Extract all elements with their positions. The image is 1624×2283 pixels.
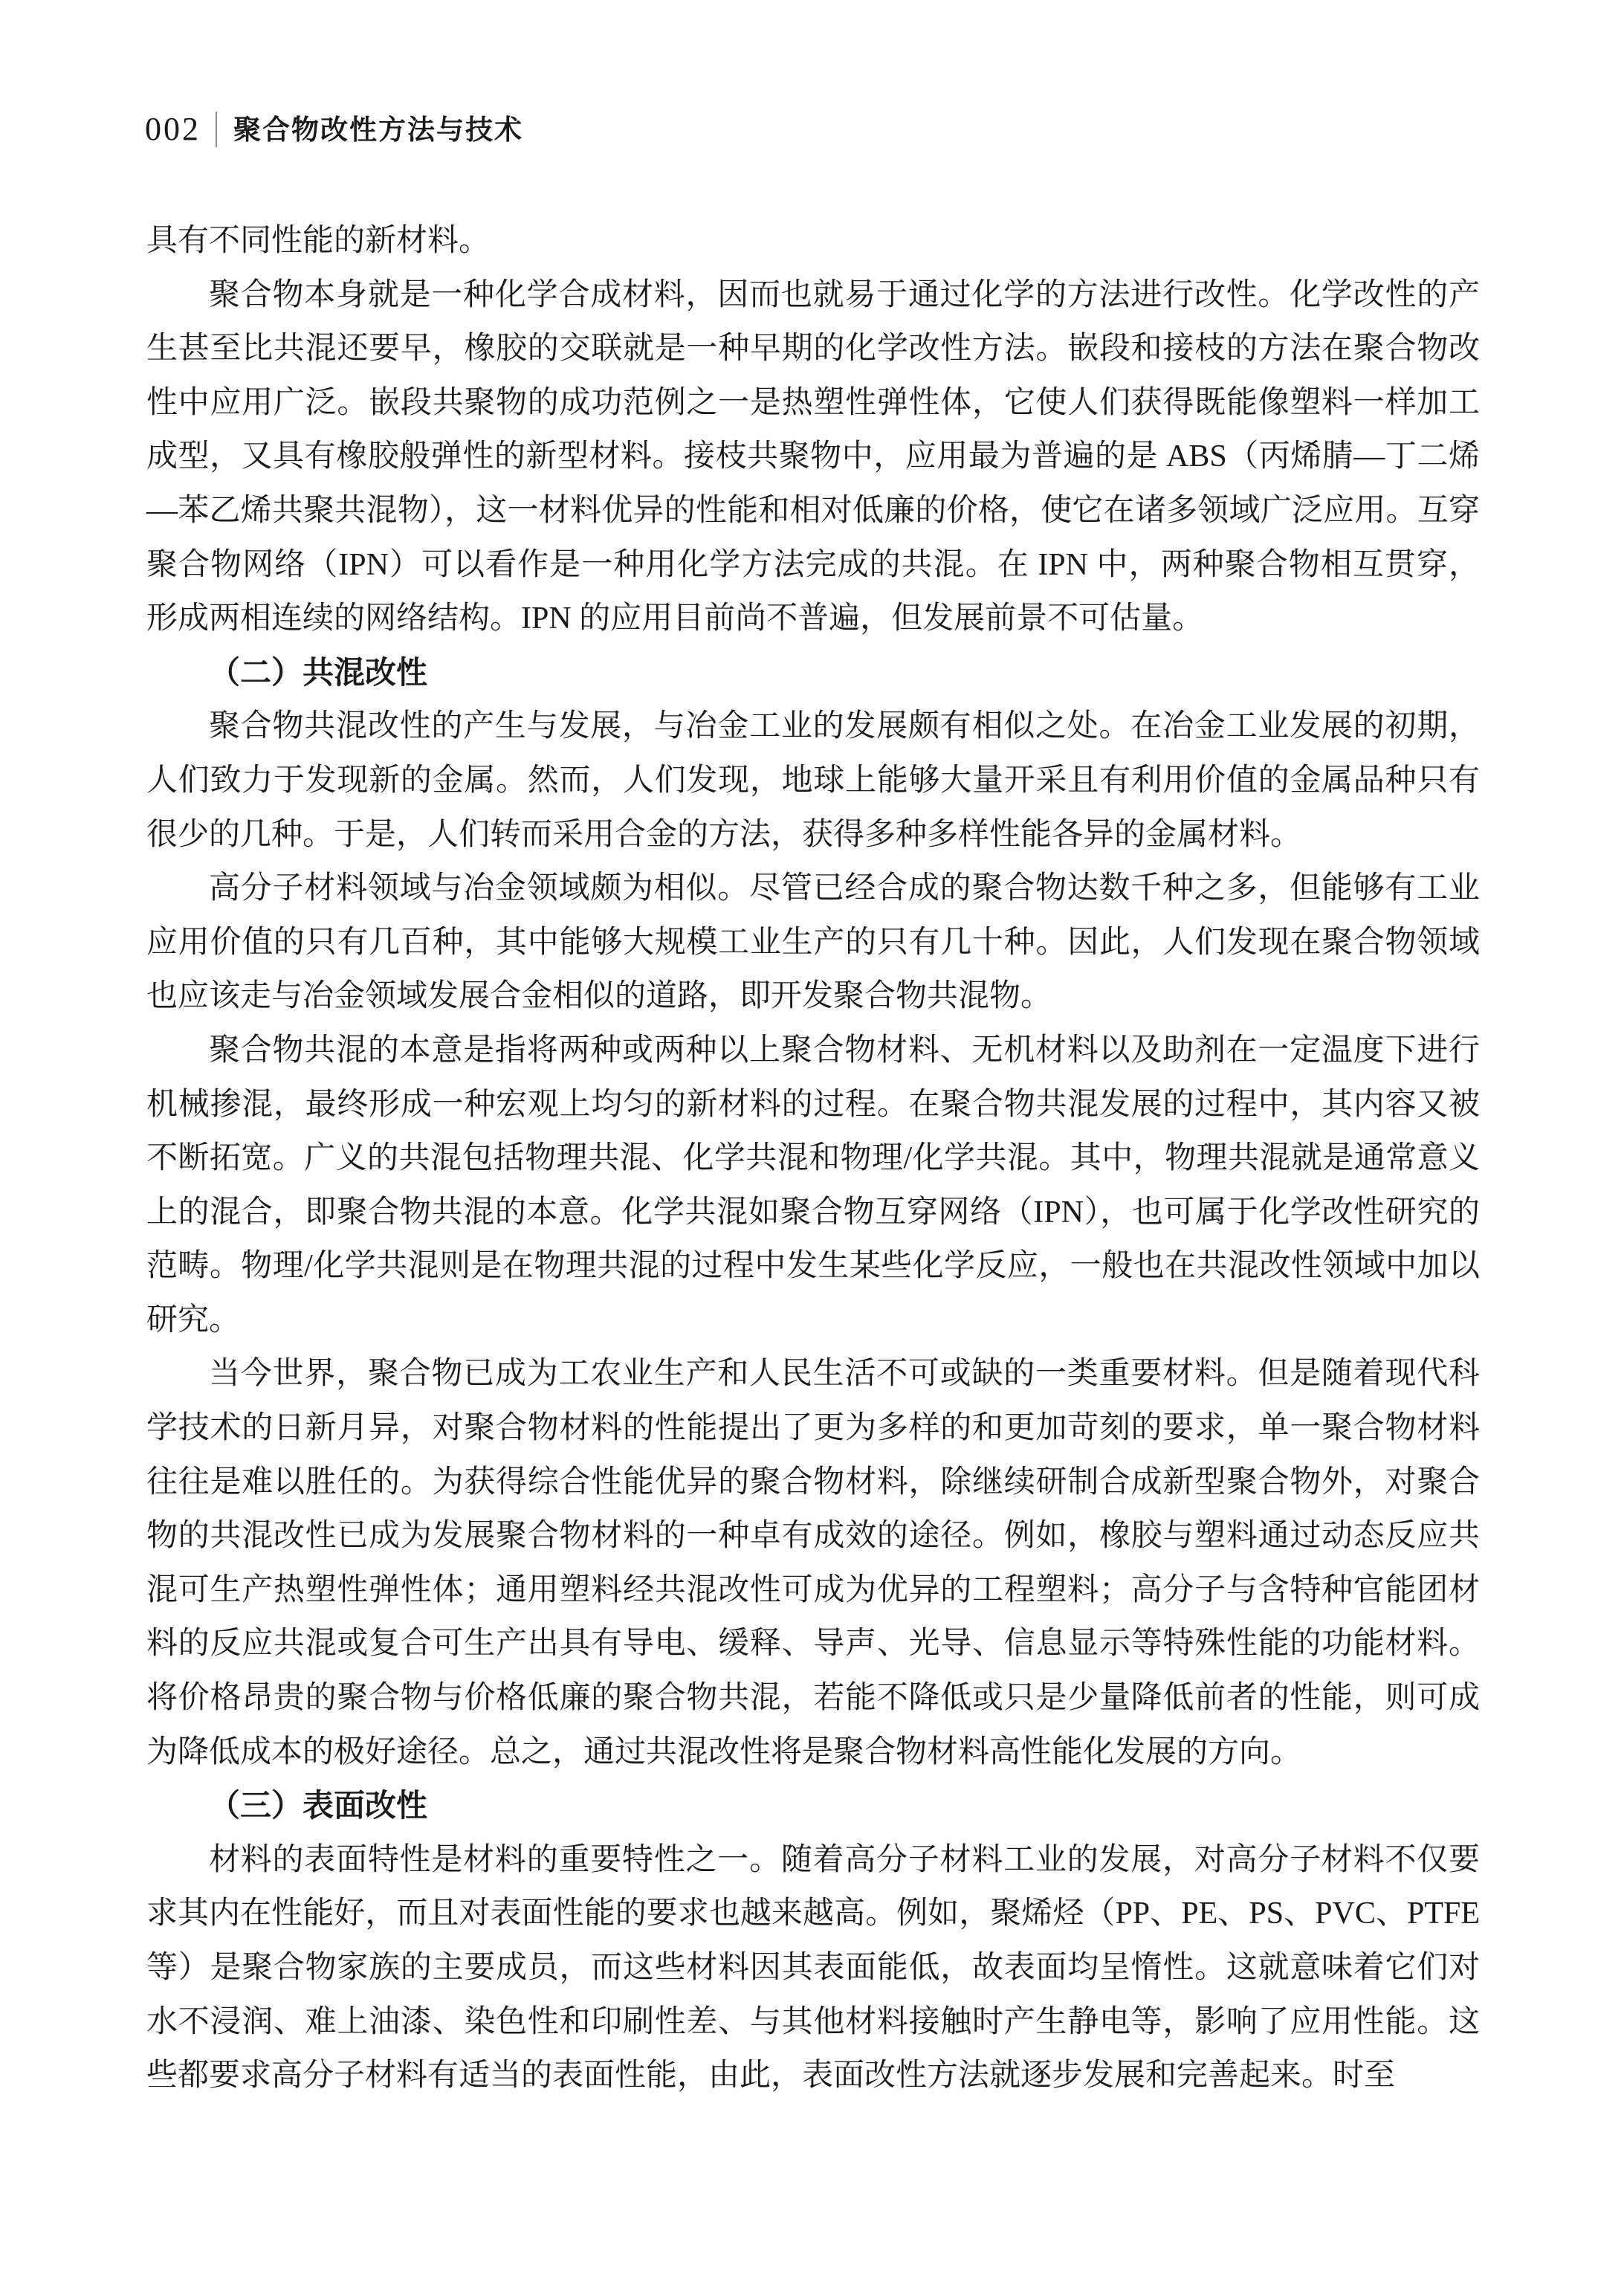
header-divider (216, 112, 217, 147)
page-header: 002 聚合物改性方法与技术 (145, 112, 523, 147)
page-number: 002 (145, 113, 201, 146)
body-paragraph: 聚合物本身就是一种化学合成材料，因而也就易于通过化学的方法进行改性。化学改性的产… (146, 268, 1480, 646)
book-page: 002 聚合物改性方法与技术 具有不同性能的新材料。聚合物本身就是一种化学合成材… (0, 0, 1624, 2283)
book-title: 聚合物改性方法与技术 (233, 116, 523, 143)
body-paragraph: 聚合物共混改性的产生与发展，与冶金工业的发展颇有相似之处。在冶金工业发展的初期，… (146, 700, 1480, 862)
section-heading: （二）共混改性 (146, 646, 1480, 700)
body-paragraph: 具有不同性能的新材料。 (146, 214, 1480, 268)
content: 具有不同性能的新材料。聚合物本身就是一种化学合成材料，因而也就易于通过化学的方法… (146, 214, 1480, 2103)
body-paragraph: 材料的表面特性是材料的重要特性之一。随着高分子材料工业的发展，对高分子材料不仅要… (146, 1833, 1480, 2103)
section-heading: （三）表面改性 (146, 1779, 1480, 1833)
body-paragraph: 聚合物共混的本意是指将两种或两种以上聚合物材料、无机材料以及助剂在一定温度下进行… (146, 1024, 1480, 1348)
body-paragraph: 高分子材料领域与冶金领域颇为相似。尽管已经合成的聚合物达数千种之多，但能够有工业… (146, 862, 1480, 1024)
body-paragraph: 当今世界，聚合物已成为工农业生产和人民生活不可或缺的一类重要材料。但是随着现代科… (146, 1347, 1480, 1779)
